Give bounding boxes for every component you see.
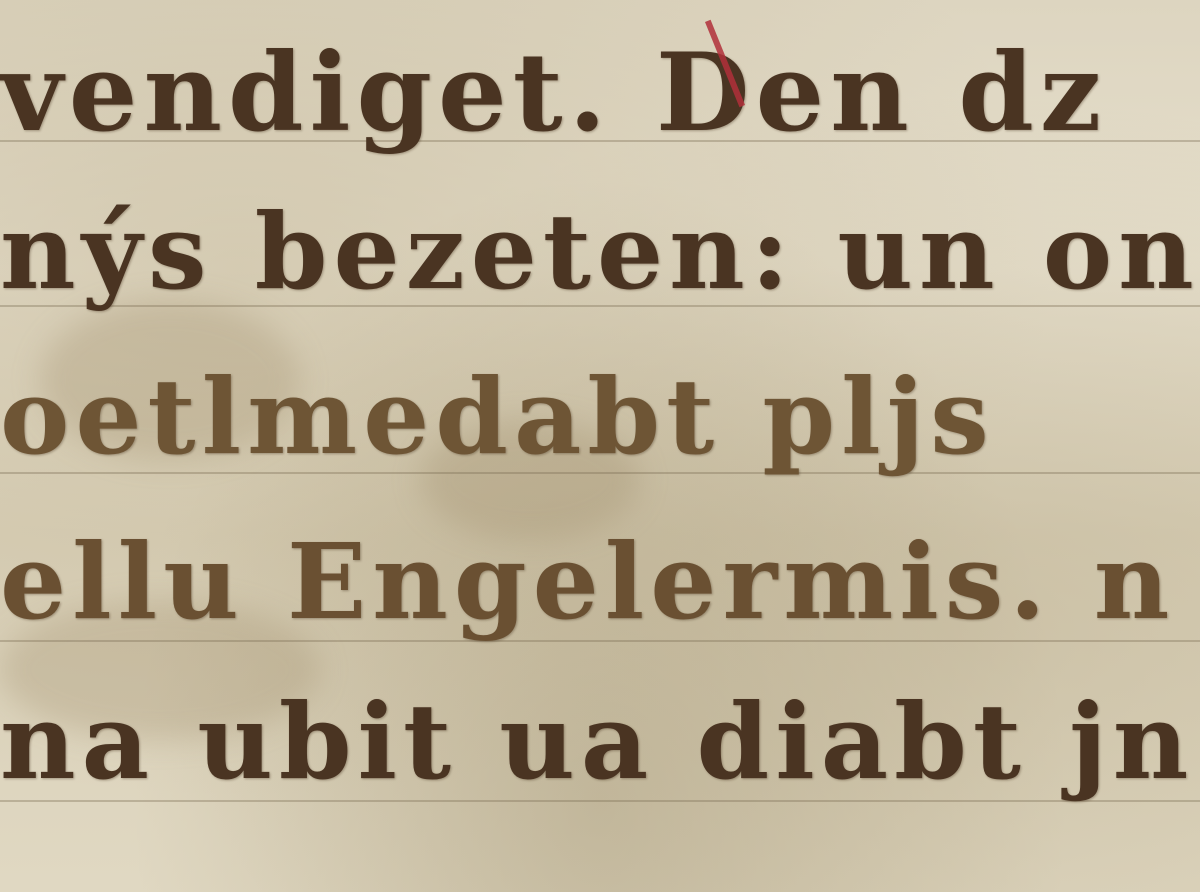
manuscript-line-3: oetlmedabt pljs — [0, 355, 1200, 478]
manuscript-line-1: vendiget. Den dz — [0, 30, 1200, 156]
manuscript-line-5: na ubit ua diabt jn — [0, 680, 1200, 803]
manuscript-line-2: nýs bezeten: un ona — [0, 190, 1200, 313]
manuscript-line-4: ellu Engelermis. n — [0, 520, 1200, 643]
